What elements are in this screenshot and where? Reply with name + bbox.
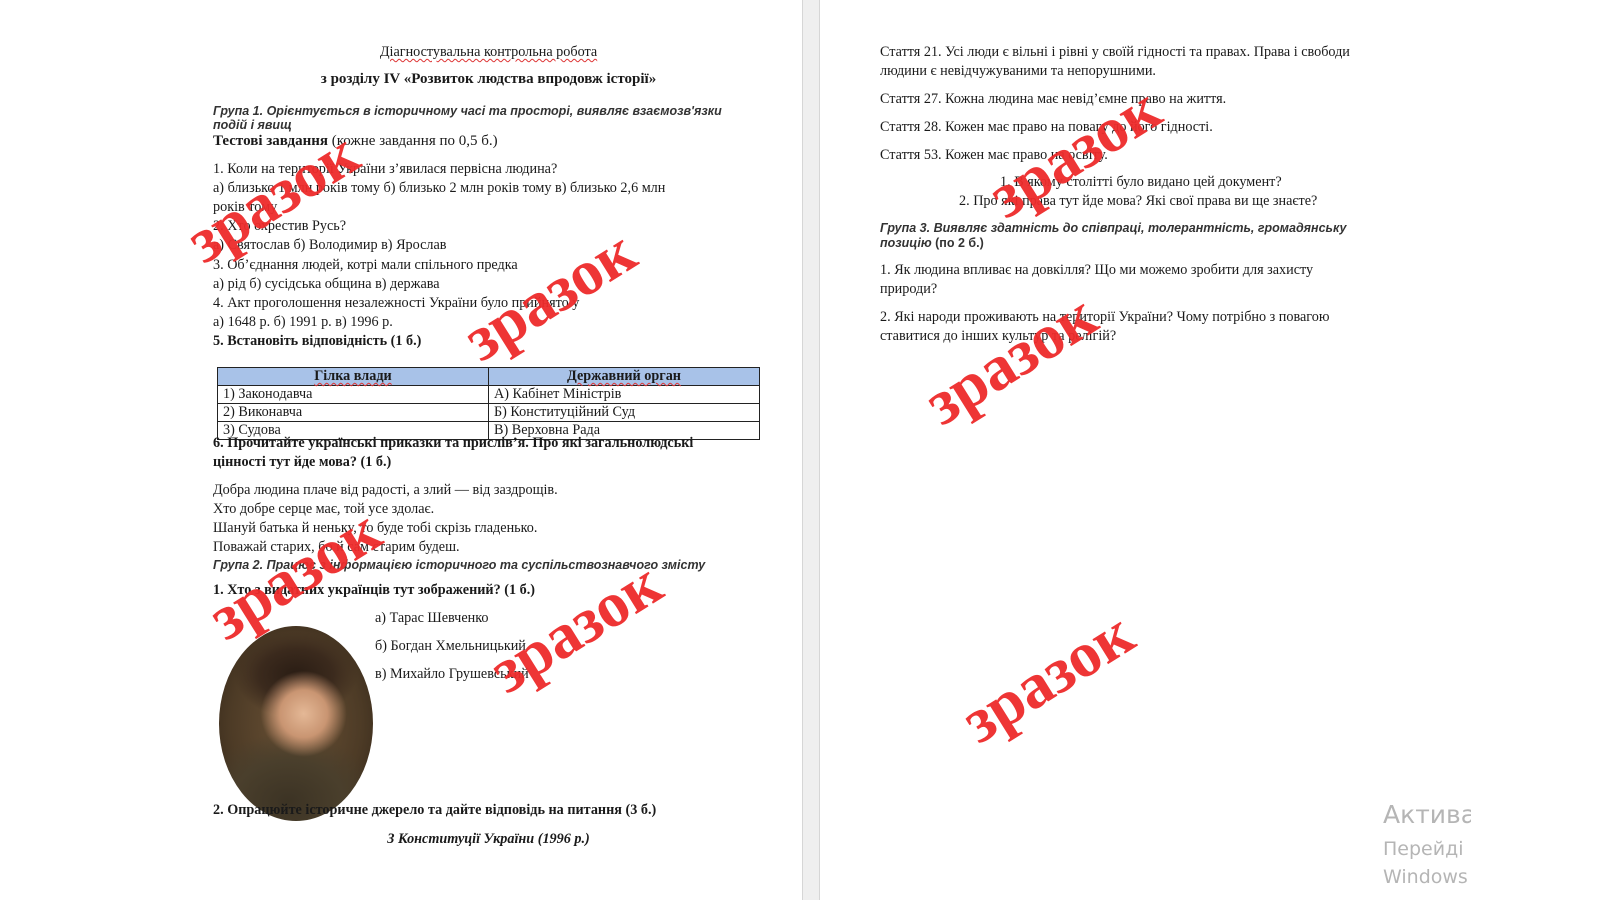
proverb: Добра людина плаче від радості, а злий —…: [213, 481, 558, 499]
source-question-1: 1. В якому столітті було видано цей доку…: [1000, 173, 1282, 191]
q3-text: 3. Об’єднання людей, котрі мали спільног…: [213, 256, 518, 274]
group3-q2: 2. Які народи проживають на території Ук…: [880, 308, 1329, 326]
document-page-2: Стаття 21. Усі люди є вільні і рівні у с…: [820, 0, 1600, 900]
table-header-organ: Державний орган: [489, 368, 760, 386]
document-page-1: Діагностувальна контрольна робота з розд…: [0, 0, 802, 900]
doc-subtitle: з розділу IV «Розвиток людства впродовж …: [217, 70, 760, 88]
table-row: 1) Законодавча А) Кабінет Міністрів: [218, 386, 760, 404]
source-question-2: 2. Про які права тут йде мова? Які свої …: [959, 192, 1317, 210]
article-21-cont: людини є невідчужуваними та непорушними.: [880, 62, 1156, 80]
activation-line: Перейді: [1383, 838, 1471, 860]
table-cell: 2) Виконавча: [218, 404, 489, 422]
proverb: Хто добре серце має, той усе здолає.: [213, 500, 434, 518]
group2-heading: Група 2. Працює з інформацією історичног…: [213, 556, 705, 574]
q6-text-cont: цінності тут йде мова? (1 б.): [213, 453, 391, 471]
group3-q1-cont: природи?: [880, 280, 937, 298]
q3-options: а) рід б) сусідська община в) держава: [213, 275, 440, 293]
table-row: 2) Виконавча Б) Конституційний Суд: [218, 404, 760, 422]
table-cell: А) Кабінет Міністрів: [489, 386, 760, 404]
group3-q1: 1. Як людина впливає на довкілля? Що ми …: [880, 261, 1313, 279]
group2-q2-text: 2. Опрацюйте історичне джерело та дайте …: [213, 801, 656, 819]
source-title: З Конституції України (1996 р.): [217, 830, 760, 848]
table-cell: 1) Законодавча: [218, 386, 489, 404]
table-header-branch: Гілка влади: [218, 368, 489, 386]
q5-text: 5. Встановіть відповідність (1 б.): [213, 332, 421, 350]
group3-q2-cont: ставитися до інших культур та релігій?: [880, 327, 1116, 345]
q1-options: а) близько 1 млн років тому б) близько 2…: [213, 179, 665, 197]
article-27: Стаття 27. Кожна людина має невід’ємне п…: [880, 90, 1226, 108]
group2-q1-option: а) Тарас Шевченко: [375, 609, 488, 627]
activation-title: Актива: [1383, 800, 1471, 829]
group2-q1-option: в) Михайло Грушевський: [375, 665, 529, 683]
q2-options: а) Святослав б) Володимир в) Ярослав: [213, 236, 446, 254]
article-28: Стаття 28. Кожен має право на повагу до …: [880, 118, 1213, 136]
group3-heading-cont: позицію (по 2 б.): [880, 234, 984, 252]
proverb: Поважай старих, бо й сам старим будеш.: [213, 538, 460, 556]
page-gap: [802, 0, 820, 900]
q1-text: 1. Коли на території України з’явилася п…: [213, 160, 557, 178]
q4-options: а) 1648 р. б) 1991 р. в) 1996 р.: [213, 313, 393, 331]
q2-text: 2. Хто охрестив Русь?: [213, 217, 346, 235]
group2-q1-text: 1. Хто з видатних українців тут зображен…: [213, 581, 535, 599]
proverb: Шануй батька й неньку, то буде тобі скрі…: [213, 519, 537, 537]
group2-q1-option: б) Богдан Хмельницький: [375, 637, 526, 655]
activation-line: Windows: [1383, 866, 1471, 888]
article-21: Стаття 21. Усі люди є вільні і рівні у с…: [880, 43, 1350, 61]
matching-table: Гілка влади Державний орган 1) Законодав…: [217, 367, 760, 440]
table-cell: Б) Конституційний Суд: [489, 404, 760, 422]
q6-text: 6. Прочитайте українські приказки та при…: [213, 434, 693, 452]
q4-text: 4. Акт проголошення незалежності України…: [213, 294, 579, 312]
doc-title: Діагностувальна контрольна робота: [217, 43, 760, 61]
q1-options-cont: років тому: [213, 198, 277, 216]
portrait-image: [219, 626, 373, 821]
tests-heading: Тестові завдання (кожне завдання по 0,5 …: [213, 132, 498, 150]
article-53: Стаття 53. Кожен має право на освіту.: [880, 146, 1108, 164]
